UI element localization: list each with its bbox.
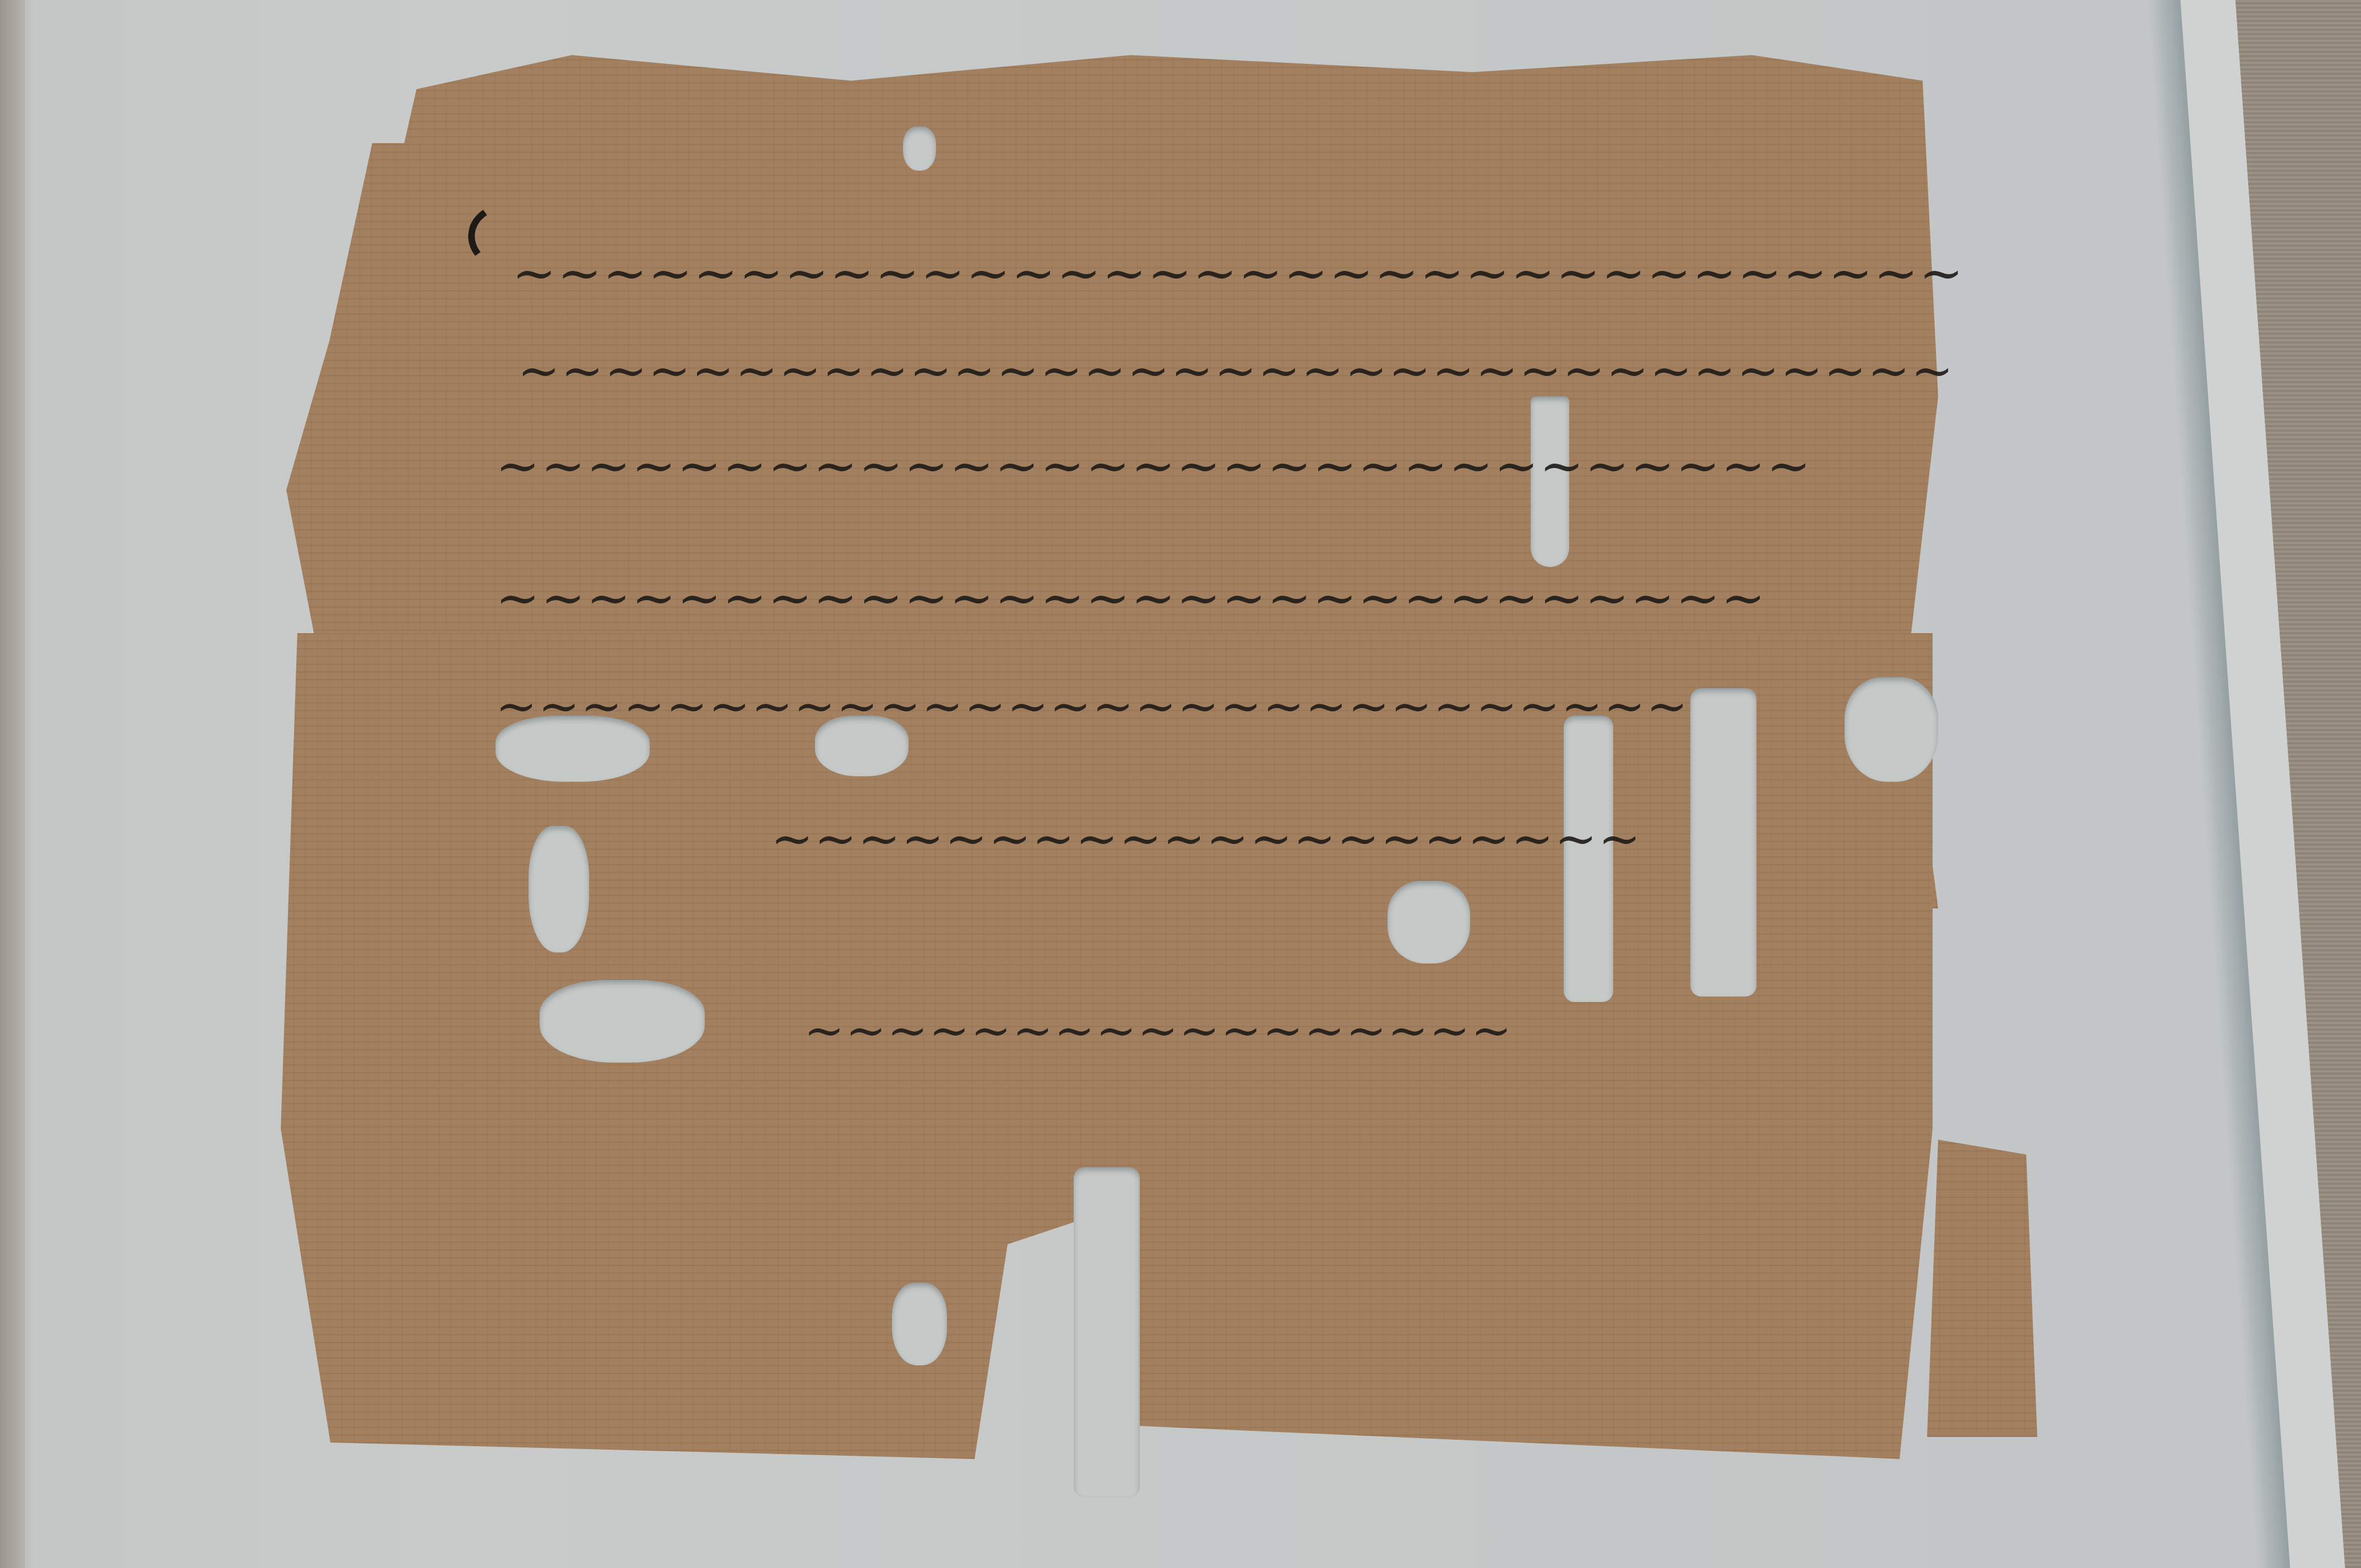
ink-line-7: ~~~~~~~~~~~~~~~~~ bbox=[804, 1002, 1513, 1059]
ink-line-6: ~~~~~~~~~~~~~~~~~~~~ bbox=[771, 809, 1642, 868]
papyrus-right-tab bbox=[1927, 1140, 2037, 1437]
lacuna bbox=[529, 826, 589, 952]
lacuna bbox=[540, 980, 705, 1063]
lacuna bbox=[903, 127, 936, 171]
lacuna bbox=[1845, 677, 1938, 782]
lacuna bbox=[1690, 688, 1756, 997]
ink-line-4: ~~~~~~~~~~~~~~~~~~~~~~~~~~~~ bbox=[496, 567, 1766, 629]
ink-line-2: ~~~~~~~~~~~~~~~~~~~~~~~~~~~~~~~~~ bbox=[518, 341, 1955, 400]
case-frame-left bbox=[0, 0, 25, 1568]
ink-line-3: ~~~~~~~~~~~~~~~~~~~~~~~~~~~~~ bbox=[496, 435, 1812, 497]
ink-line-1: ~~~~~~~~~~~~~~~~~~~~~~~~~~~~~~~~ bbox=[512, 242, 1965, 304]
lacuna-vertical-split bbox=[1074, 1167, 1140, 1498]
lacuna bbox=[1388, 881, 1470, 963]
ink-line-5: ~~~~~~~~~~~~~~~~~~~~~~~~~~~~ bbox=[496, 677, 1689, 735]
lacuna bbox=[892, 1283, 947, 1365]
